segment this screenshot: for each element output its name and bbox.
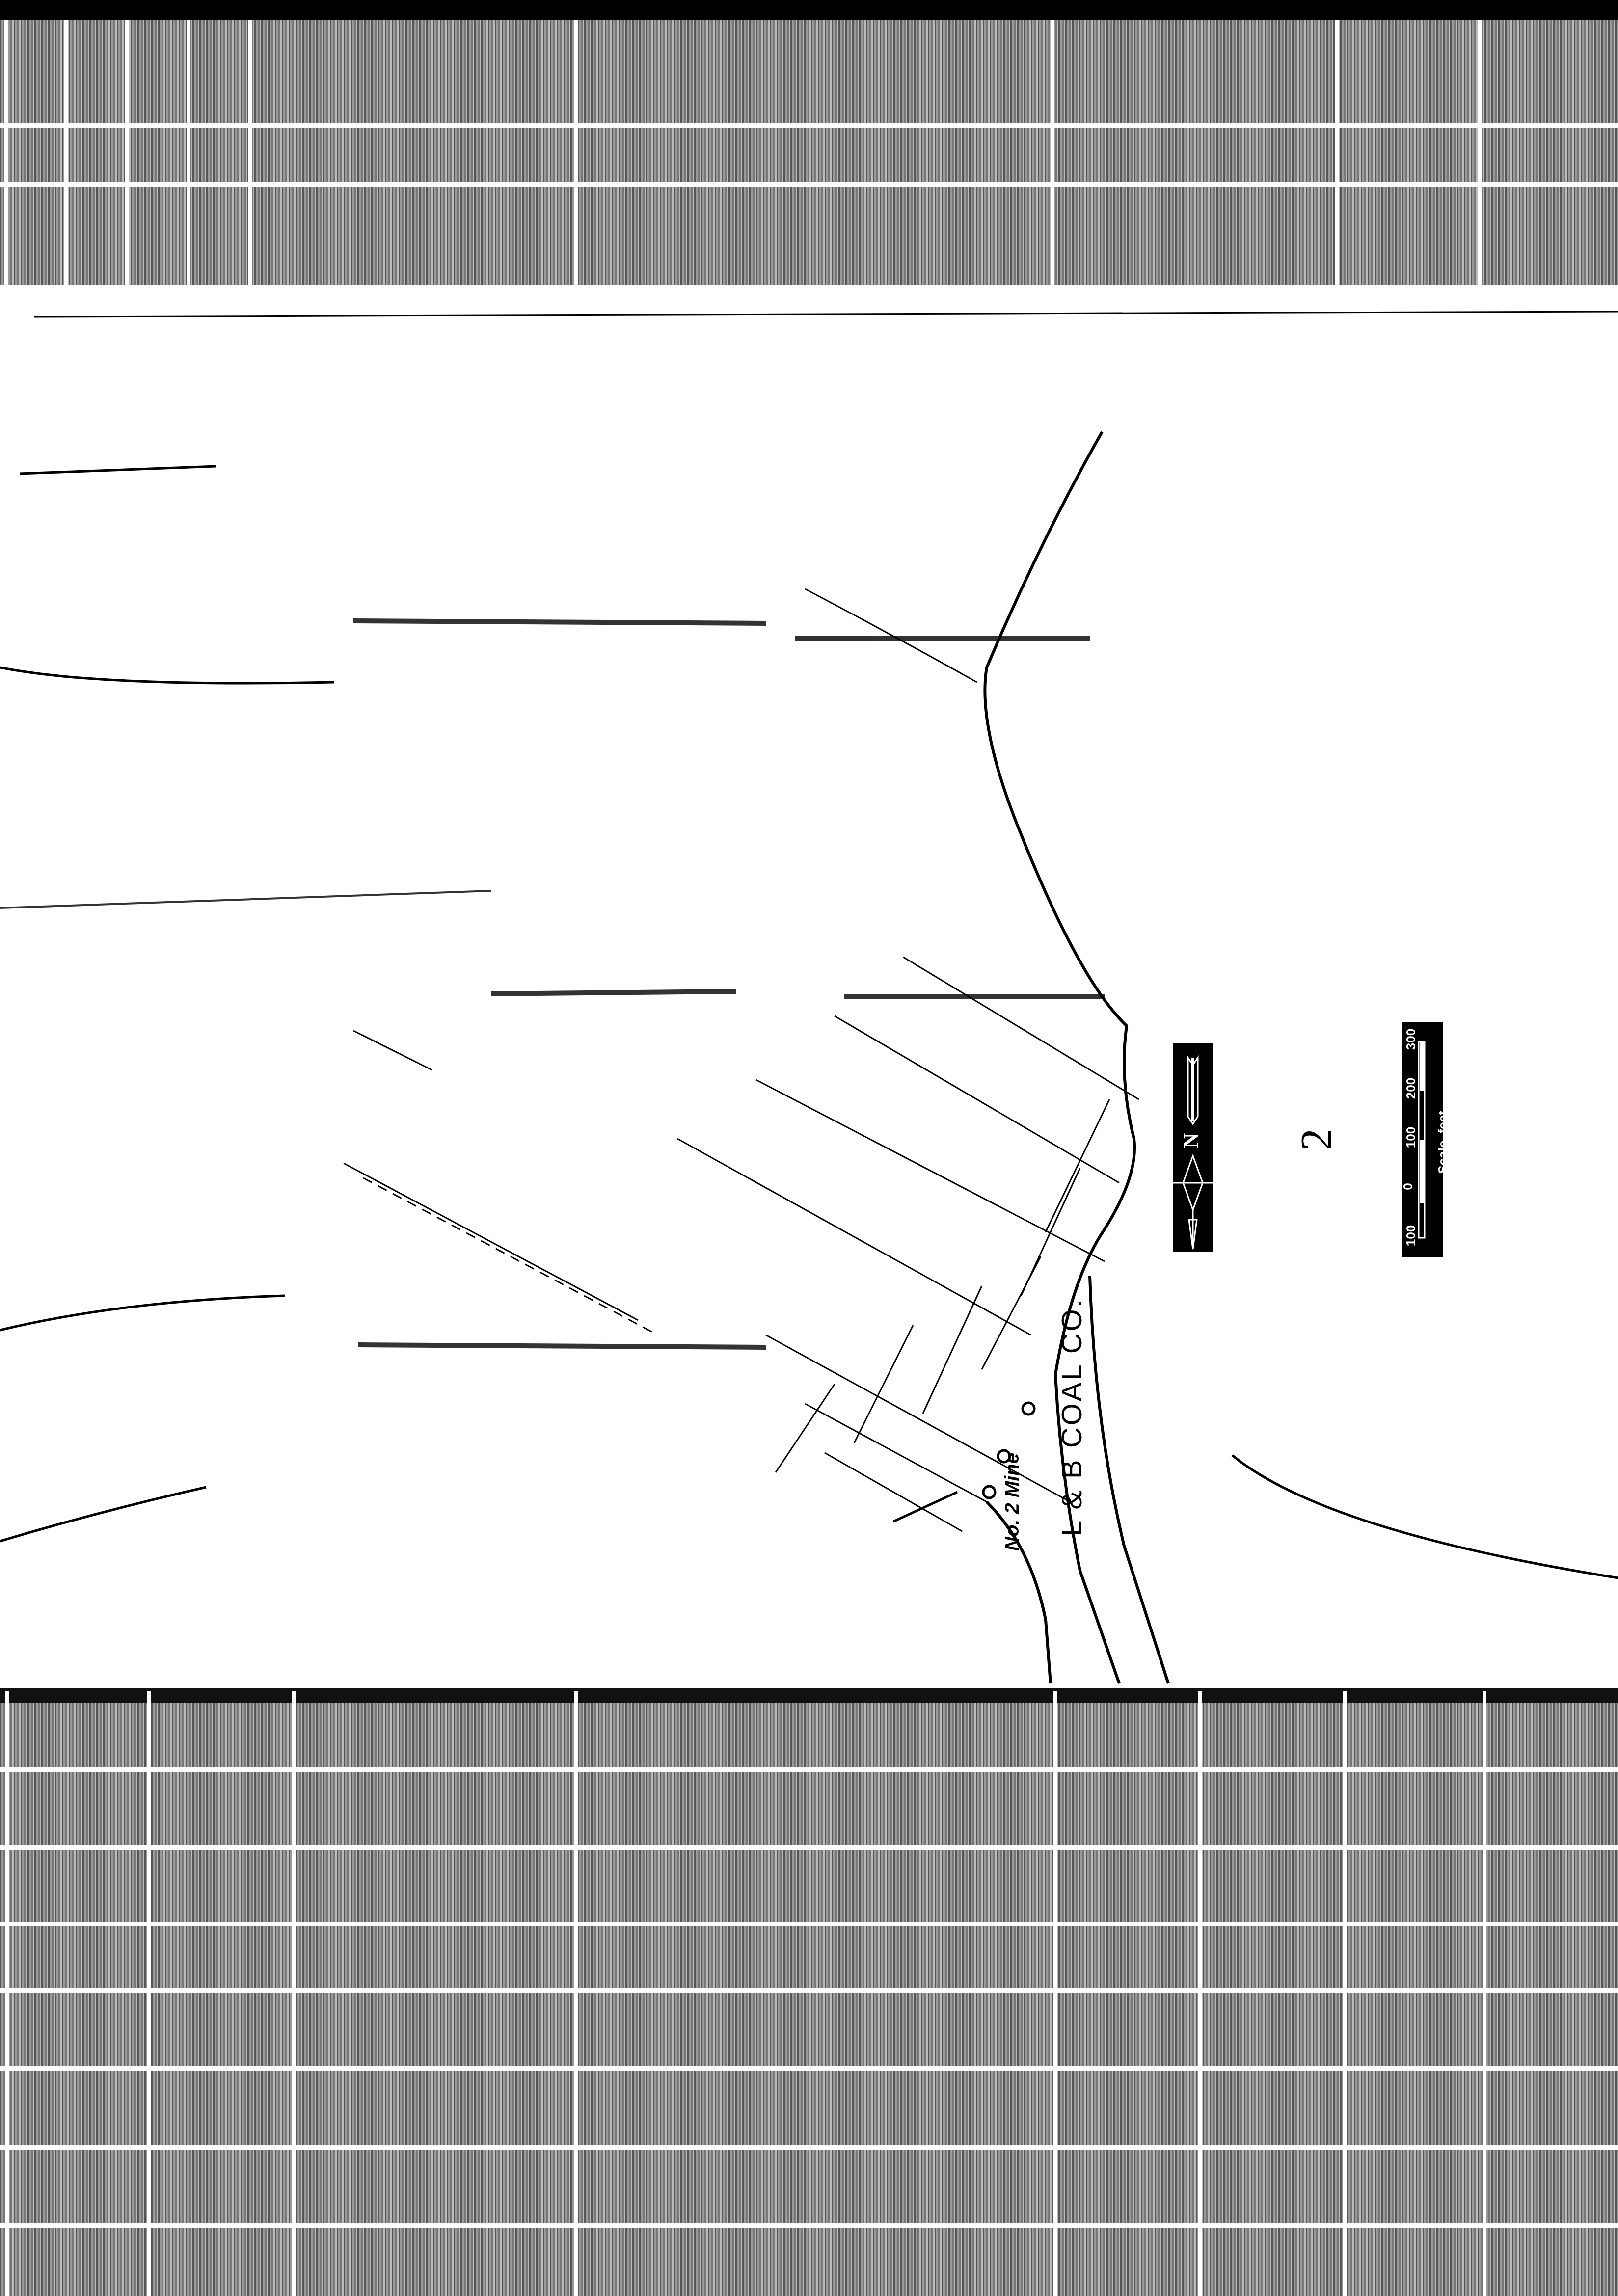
scale-bar: 300 200 100 0 100 Scale, feet	[1402, 1022, 1443, 1257]
scale-tick: 100	[1403, 1225, 1419, 1246]
scale-tick: 300	[1403, 1029, 1419, 1050]
company-label: L & B COAL CO.	[1055, 1297, 1088, 1536]
mine-label: No. 2 Mine	[1001, 1453, 1024, 1551]
stream-line	[805, 432, 1168, 1683]
north-label: N	[1180, 1133, 1203, 1148]
sheet-number: 2	[1292, 1128, 1342, 1150]
scale-tick: 200	[1403, 1078, 1419, 1099]
map-drawing	[0, 0, 1618, 2296]
north-arrow-icon: N	[1173, 1043, 1213, 1252]
scale-title: Scale, feet	[1435, 1111, 1451, 1174]
scale-tick: 0	[1401, 1183, 1416, 1190]
mine-workings	[344, 957, 1139, 1531]
scale-tick: 100	[1403, 1127, 1419, 1148]
